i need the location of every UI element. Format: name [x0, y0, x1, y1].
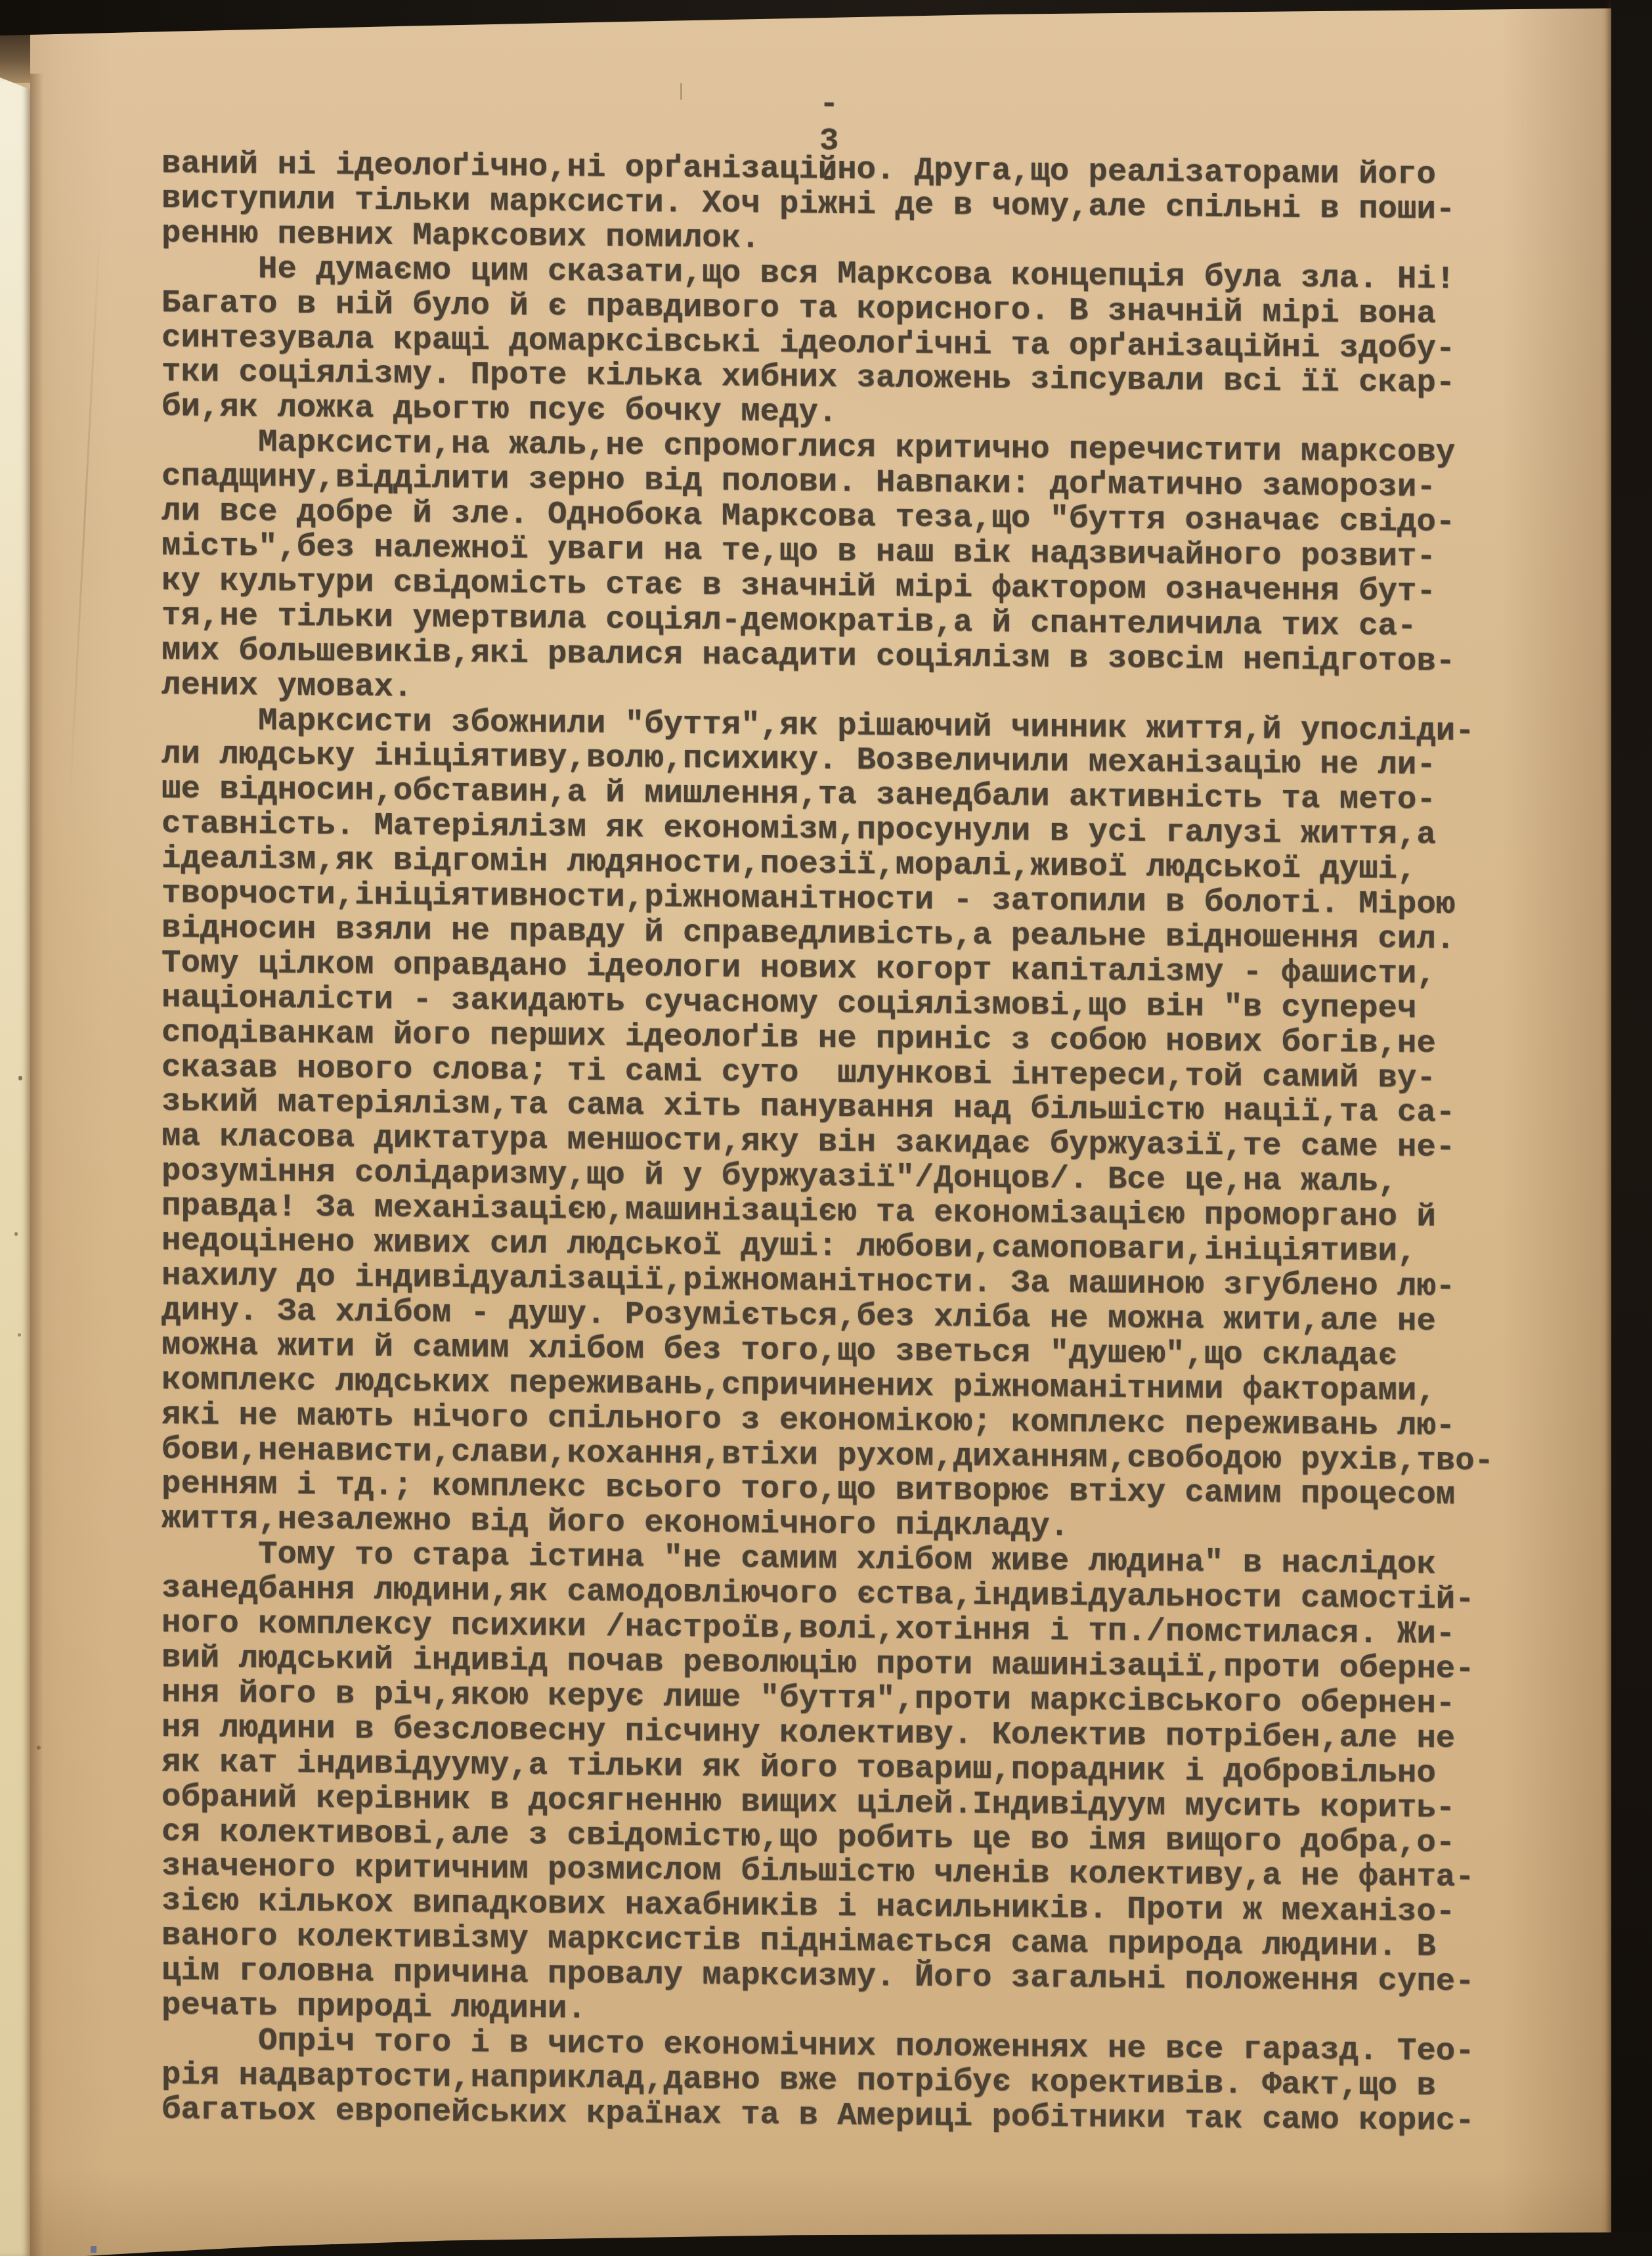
binding-crease [30, 74, 43, 2256]
dust-speck [37, 1746, 41, 1750]
dust-speck [18, 1333, 21, 1337]
underlying-page-edge [0, 77, 30, 2256]
dust-speck [14, 1232, 18, 1236]
dust-speck [18, 1076, 22, 1080]
blue-ink-speck [91, 2246, 97, 2253]
scanned-document-page: - 3 - ваний ні ідеолоґічно,ні орґанізаці… [0, 0, 1652, 2256]
scan-border-right [1611, 0, 1652, 2256]
paper-scratch [680, 83, 682, 100]
typewritten-text: ваний ні ідеолоґічно,ні орґанізаційно. Д… [162, 146, 1494, 2138]
